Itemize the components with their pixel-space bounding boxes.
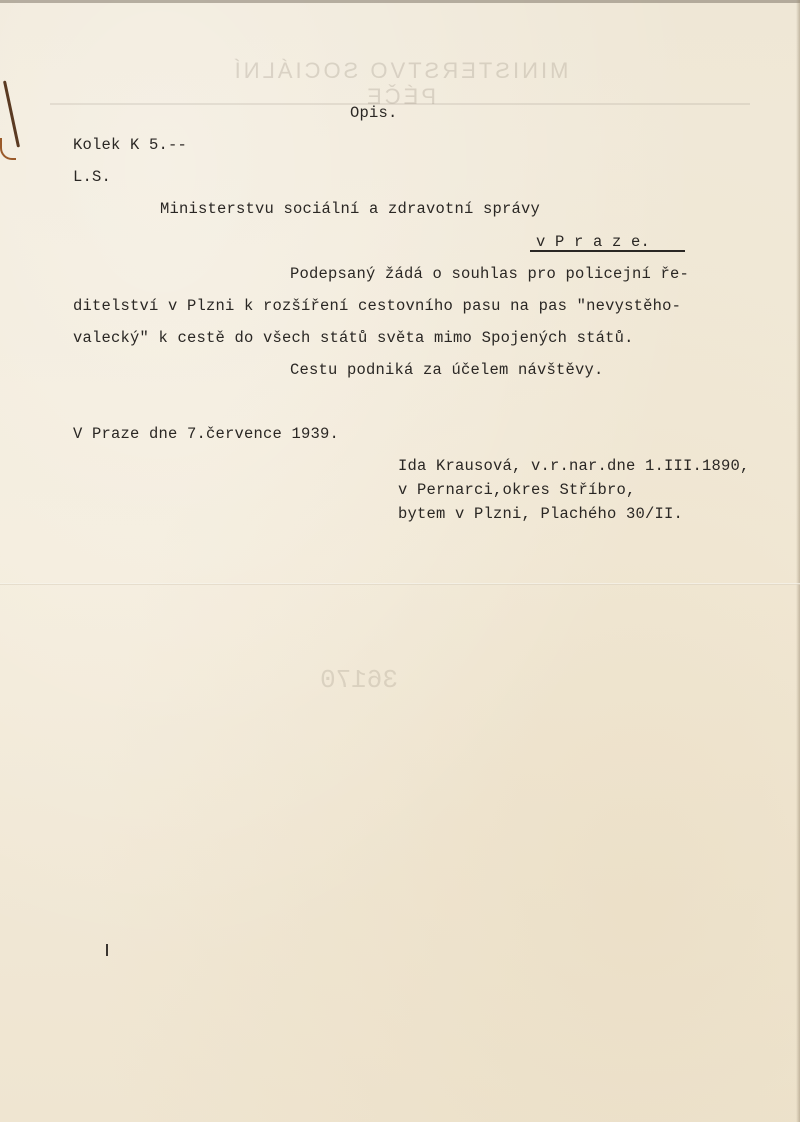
signature-line-3: bytem v Plzni, Plachého 30/II. (398, 505, 683, 523)
addressee-city: v P r a z e. (536, 233, 650, 251)
signature-line-2: v Pernarci,okres Stříbro, (398, 481, 636, 499)
body-line-1: Podepsaný žádá o souhlas pro policejní ř… (290, 265, 689, 283)
city-underline (530, 250, 685, 252)
bleed-through-number: 36170 (320, 665, 398, 695)
page-edge (0, 0, 800, 3)
body-line-3: valecký" k cestě do všech států světa mi… (73, 329, 634, 347)
seal-mark: L.S. (73, 168, 111, 186)
margin-curl-mark (0, 138, 16, 160)
body-purpose: Cestu podniká za účelem návštěvy. (290, 361, 604, 379)
page-edge (796, 0, 800, 1122)
stray-ink-mark (106, 944, 108, 956)
stamp-fee: Kolek K 5.-- (73, 136, 187, 154)
date-line: V Praze dne 7.července 1939. (73, 425, 339, 443)
document-heading: Opis. (350, 104, 398, 122)
body-line-2: ditelství v Plzni k rozšíření cestovního… (73, 297, 681, 315)
addressee-name: Ministerstvu sociální a zdravotní správy (160, 200, 540, 218)
fold-line (0, 583, 800, 585)
signature-line-1: Ida Krausová, v.r.nar.dne 1.III.1890, (398, 457, 750, 475)
bleed-through-rule (50, 103, 750, 105)
